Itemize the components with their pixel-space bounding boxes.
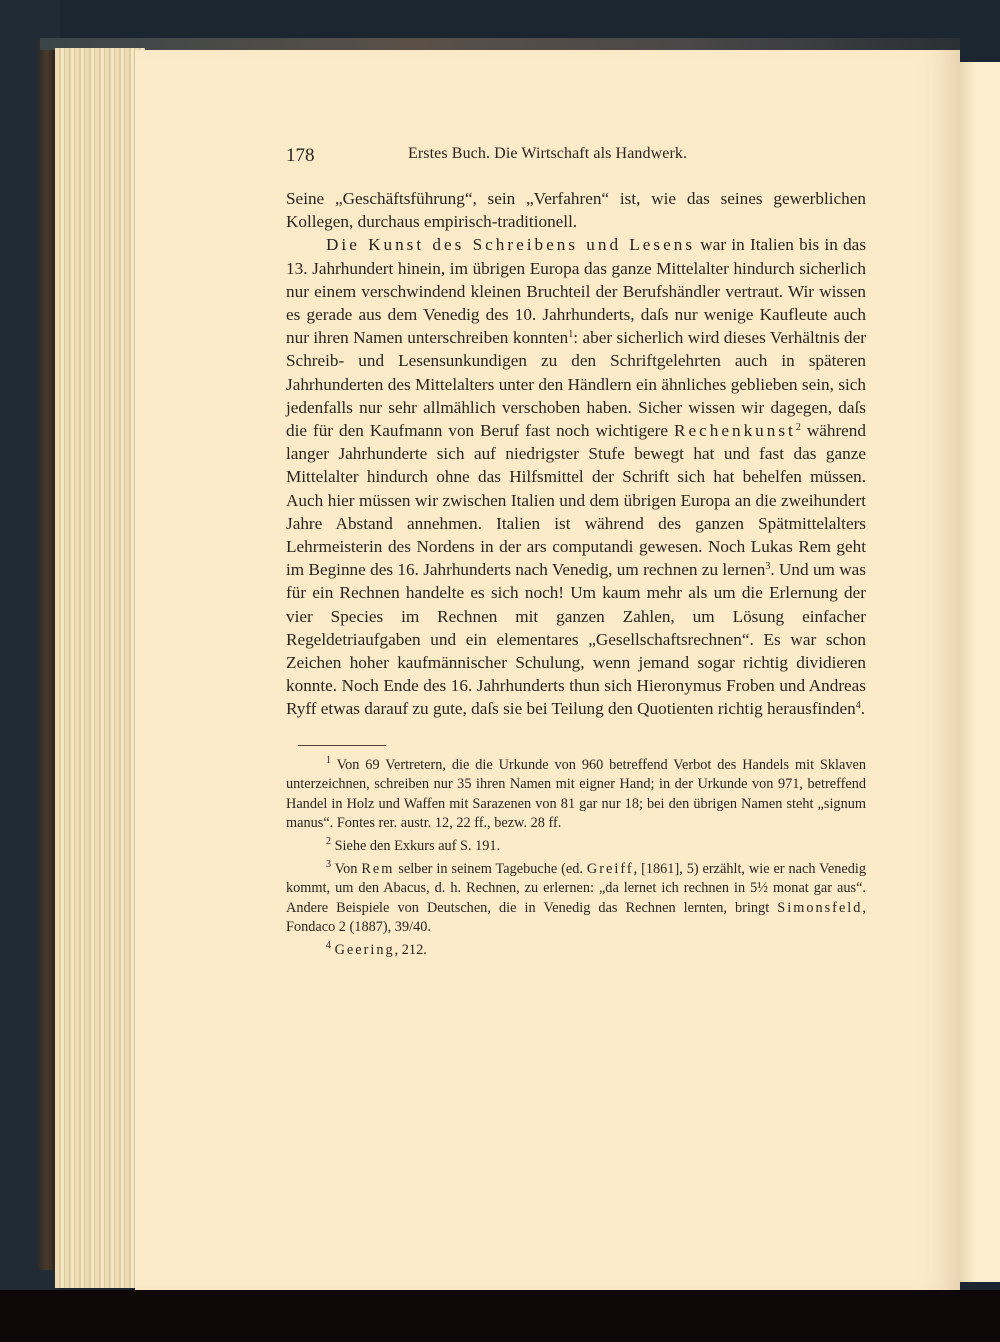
spaced-name: Greiff xyxy=(587,861,634,877)
running-head-title: Erstes Buch. Die Wirtschaft als Handwerk… xyxy=(408,145,687,163)
background-bottom xyxy=(0,1290,1000,1342)
page-stack-edges xyxy=(55,48,145,1288)
footnote-divider xyxy=(298,745,386,746)
footnote-text: , 212. xyxy=(395,942,427,958)
paragraph-1: Seine „Geschäftsführung“, sein „Verfahre… xyxy=(286,187,866,233)
footnotes: 1 Von 69 Vertretern, die die Urkunde von… xyxy=(286,756,866,961)
text-run: . xyxy=(861,699,865,718)
footnote-text: selber in seinem Tagebuche (ed. xyxy=(394,861,587,877)
spaced-name: Rem xyxy=(361,861,394,877)
page-number: 178 xyxy=(286,145,315,167)
book-spine-edge xyxy=(38,40,56,1270)
spaced-phrase: Die Kunst des Schreibens und Lesens xyxy=(326,235,695,254)
footnote-text: Siehe den Exkurs auf S. 191. xyxy=(331,838,500,854)
footnote-4: 4 Geering, 212. xyxy=(286,941,866,961)
text-run: während langer Jahrhunderte sich auf nie… xyxy=(286,421,866,579)
paragraph-2: Die Kunst des Schreibens und Lesens war … xyxy=(286,233,866,720)
book-cover-top-edge xyxy=(40,38,960,50)
page-text-block: 178 Erstes Buch. Die Wirtschaft als Hand… xyxy=(286,145,866,964)
spaced-word-rechenkunst: Rechenkunst xyxy=(674,421,796,440)
footnote-text: Von xyxy=(331,861,361,877)
text-run: . Und um was für ein Rechnen handelte es… xyxy=(286,560,866,718)
footnote-text: Von 69 Vertretern, die die Urkunde von 9… xyxy=(286,757,866,832)
running-header: 178 Erstes Buch. Die Wirtschaft als Hand… xyxy=(286,145,866,173)
footnote-1: 1 Von 69 Vertretern, die die Urkunde von… xyxy=(286,756,866,834)
footnote-number: 4 xyxy=(326,940,331,951)
spaced-name: Simonsfeld xyxy=(777,900,862,916)
facing-page-edge xyxy=(960,62,1000,1282)
body-text: Seine „Geschäftsführung“, sein „Verfahre… xyxy=(286,187,866,721)
footnote-3: 3 Von Rem selber in seinem Tagebuche (ed… xyxy=(286,860,866,938)
footnote-2: 2 Siehe den Exkurs auf S. 191. xyxy=(286,837,866,857)
spaced-name: Geering xyxy=(335,942,395,958)
